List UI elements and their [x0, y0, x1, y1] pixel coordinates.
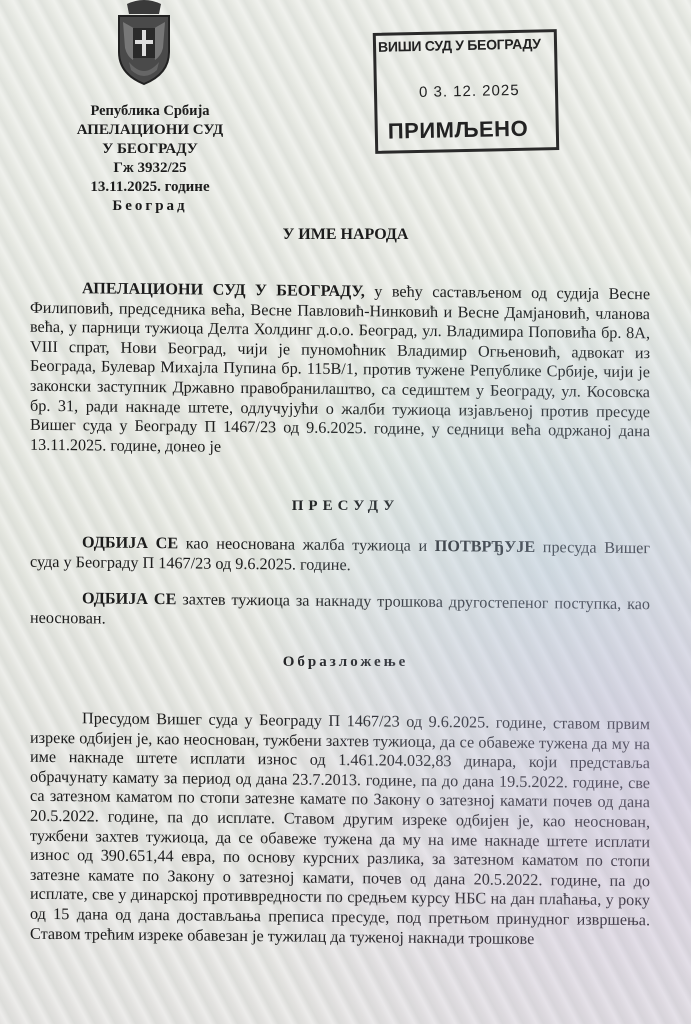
- verdict-confirm-label: ПОТВРЂУЈЕ: [435, 537, 535, 556]
- stamp-status: ПРИМЉЕНО: [388, 116, 529, 145]
- country-name: Република Србија: [60, 102, 240, 121]
- intro-paragraph: АПЕЛАЦИОНИ СУД У БЕОГРАДУ, у већу састав…: [30, 279, 650, 462]
- intro-text: у већу састављеном од судија Весне Филип…: [30, 282, 650, 455]
- court-name: АПЕЛАЦИОНИ СУД: [60, 121, 240, 140]
- verdict-text: као неоснована жалба тужиоца и: [178, 534, 435, 555]
- case-number: Гж 3932/25: [60, 159, 240, 178]
- verdict-dismiss-label: ОДБИЈА СЕ: [82, 589, 176, 608]
- document-page: Република Србија АПЕЛАЦИОНИ СУД У БЕОГРА…: [0, 0, 691, 1024]
- reasoning-paragraph: Пресудом Вишег суда у Београду П 1467/23…: [30, 709, 650, 951]
- court-city: У БЕОГРАДУ: [60, 140, 240, 159]
- court-header: Република Србија АПЕЛАЦИОНИ СУД У БЕОГРА…: [60, 102, 240, 216]
- heading-people: У ИМЕ НАРОДА: [0, 226, 691, 244]
- stamp-date: 0 3. 12. 2025: [419, 82, 520, 101]
- heading-reasoning: Образложење: [0, 654, 691, 671]
- coat-of-arms-icon: [113, 0, 175, 86]
- stamp-court: ВИШИ СУД У БЕОГРАДУ: [378, 35, 541, 54]
- received-stamp: ВИШИ СУД У БЕОГРАДУ 0 3. 12. 2025 ПРИМЉЕ…: [373, 29, 559, 154]
- document-city: Београд: [60, 197, 240, 216]
- intro-court-name: АПЕЛАЦИОНИ СУД У БЕОГРАДУ,: [82, 279, 365, 300]
- verdict-item-2: ОДБИЈА СЕ захтев тужиоца за накнаду трош…: [30, 589, 650, 635]
- heading-verdict: ПРЕСУДУ: [0, 498, 691, 515]
- verdict-item-1: ОДБИЈА СЕ као неоснована жалба тужиоца и…: [30, 533, 650, 579]
- verdict-dismiss-label: ОДБИЈА СЕ: [82, 533, 178, 552]
- document-date: 13.11.2025. године: [60, 178, 240, 197]
